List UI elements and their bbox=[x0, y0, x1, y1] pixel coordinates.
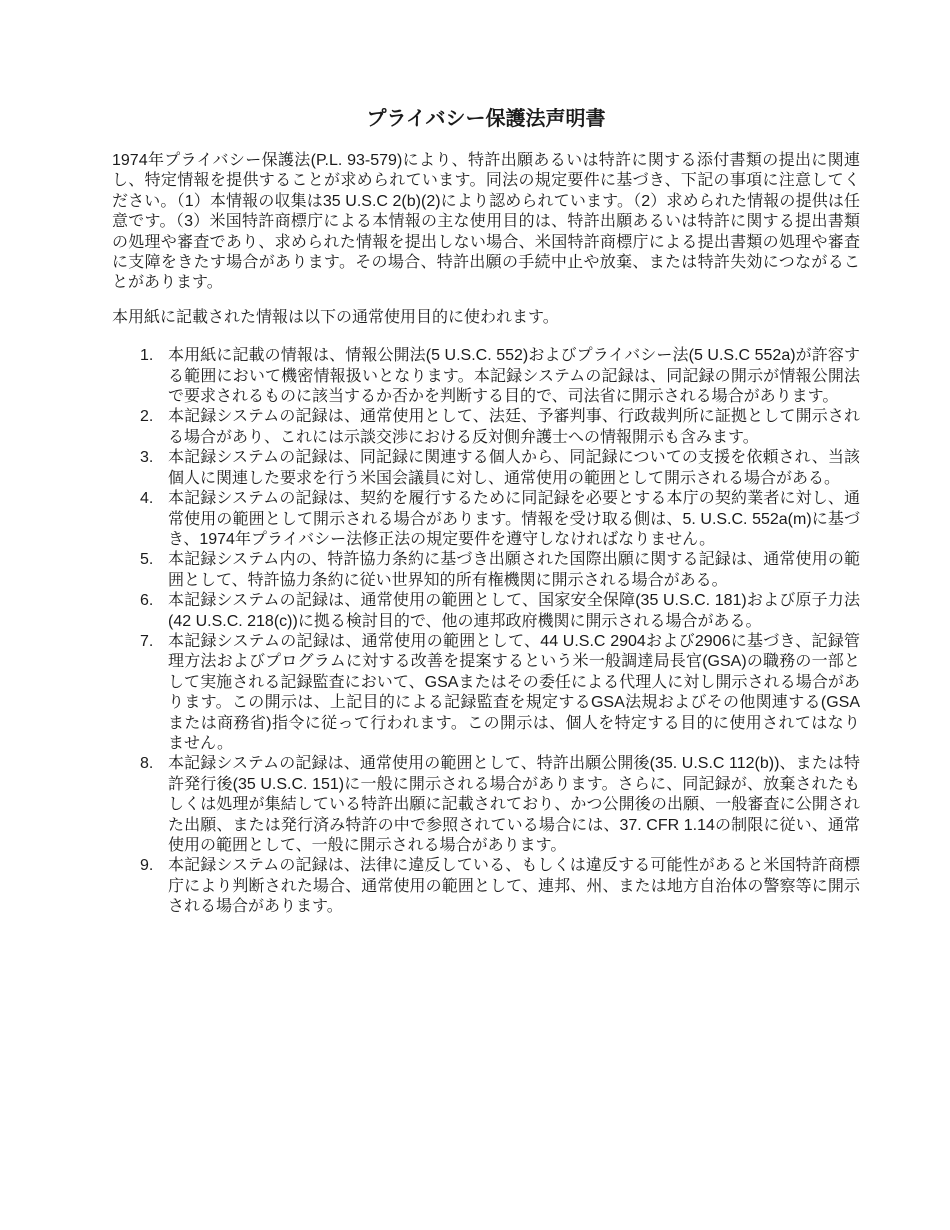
routine-use-intro: 本用紙に記載された情報は以下の通常使用目的に使われます。 bbox=[112, 308, 860, 328]
list-item-text: 本用紙に記載の情報は、情報公開法(5 U.S.C. 552)およびプライバシー法… bbox=[168, 346, 860, 407]
page-title: プライバシー保護法声明書 bbox=[112, 107, 860, 131]
list-item: 5. 本記録システム内の、特許協力条約に基づき出願された国際出願に関する記録は、… bbox=[140, 550, 860, 591]
list-item-number: 9. bbox=[140, 856, 168, 917]
list-item: 3. 本記録システムの記録は、同記録に関連する個人から、同記録についての支援を依… bbox=[140, 448, 860, 489]
list-item-text: 本記録システムの記録は、通常使用の範囲として、特許出願公開後(35. U.S.C… bbox=[168, 754, 860, 856]
list-item-text: 本記録システムの記録は、契約を履行するために同記録を必要とする本庁の契約業者に対… bbox=[168, 489, 860, 550]
list-item-number: 7. bbox=[140, 632, 168, 754]
routine-use-list: 1. 本用紙に記載の情報は、情報公開法(5 U.S.C. 552)およびプライバ… bbox=[140, 346, 860, 917]
list-item-number: 5. bbox=[140, 550, 168, 591]
list-item-number: 6. bbox=[140, 591, 168, 632]
list-item-text: 本記録システム内の、特許協力条約に基づき出願された国際出願に関する記録は、通常使… bbox=[168, 550, 860, 591]
list-item-text: 本記録システムの記録は、通常使用の範囲として、国家安全保障(35 U.S.C. … bbox=[168, 591, 860, 632]
list-item: 9. 本記録システムの記録は、法律に違反している、もしくは違反する可能性があると… bbox=[140, 856, 860, 917]
list-item: 7. 本記録システムの記録は、通常使用の範囲として、44 U.S.C 2904お… bbox=[140, 632, 860, 754]
list-item-text: 本記録システムの記録は、法律に違反している、もしくは違反する可能性があると米国特… bbox=[168, 856, 860, 917]
list-item-text: 本記録システムの記録は、通常使用の範囲として、44 U.S.C 2904および2… bbox=[168, 632, 860, 754]
intro-paragraph: 1974年プライバシー保護法(P.L. 93-579)により、特許出願あるいは特… bbox=[112, 151, 860, 294]
list-item: 8. 本記録システムの記録は、通常使用の範囲として、特許出願公開後(35. U.… bbox=[140, 754, 860, 856]
content-column: プライバシー保護法声明書 1974年プライバシー保護法(P.L. 93-579)… bbox=[112, 107, 860, 918]
list-item-number: 8. bbox=[140, 754, 168, 856]
list-item: 4. 本記録システムの記録は、契約を履行するために同記録を必要とする本庁の契約業… bbox=[140, 489, 860, 550]
list-item: 1. 本用紙に記載の情報は、情報公開法(5 U.S.C. 552)およびプライバ… bbox=[140, 346, 860, 407]
list-item-text: 本記録システムの記録は、同記録に関連する個人から、同記録についての支援を依頼され… bbox=[168, 448, 860, 489]
list-item: 2. 本記録システムの記録は、通常使用として、法廷、予審判事、行政裁判所に証拠と… bbox=[140, 407, 860, 448]
list-item: 6. 本記録システムの記録は、通常使用の範囲として、国家安全保障(35 U.S.… bbox=[140, 591, 860, 632]
list-item-number: 2. bbox=[140, 407, 168, 448]
list-item-text: 本記録システムの記録は、通常使用として、法廷、予審判事、行政裁判所に証拠として開… bbox=[168, 407, 860, 448]
list-item-number: 3. bbox=[140, 448, 168, 489]
list-item-number: 1. bbox=[140, 346, 168, 407]
list-item-number: 4. bbox=[140, 489, 168, 550]
privacy-act-statement-page: プライバシー保護法声明書 1974年プライバシー保護法(P.L. 93-579)… bbox=[0, 0, 950, 1230]
